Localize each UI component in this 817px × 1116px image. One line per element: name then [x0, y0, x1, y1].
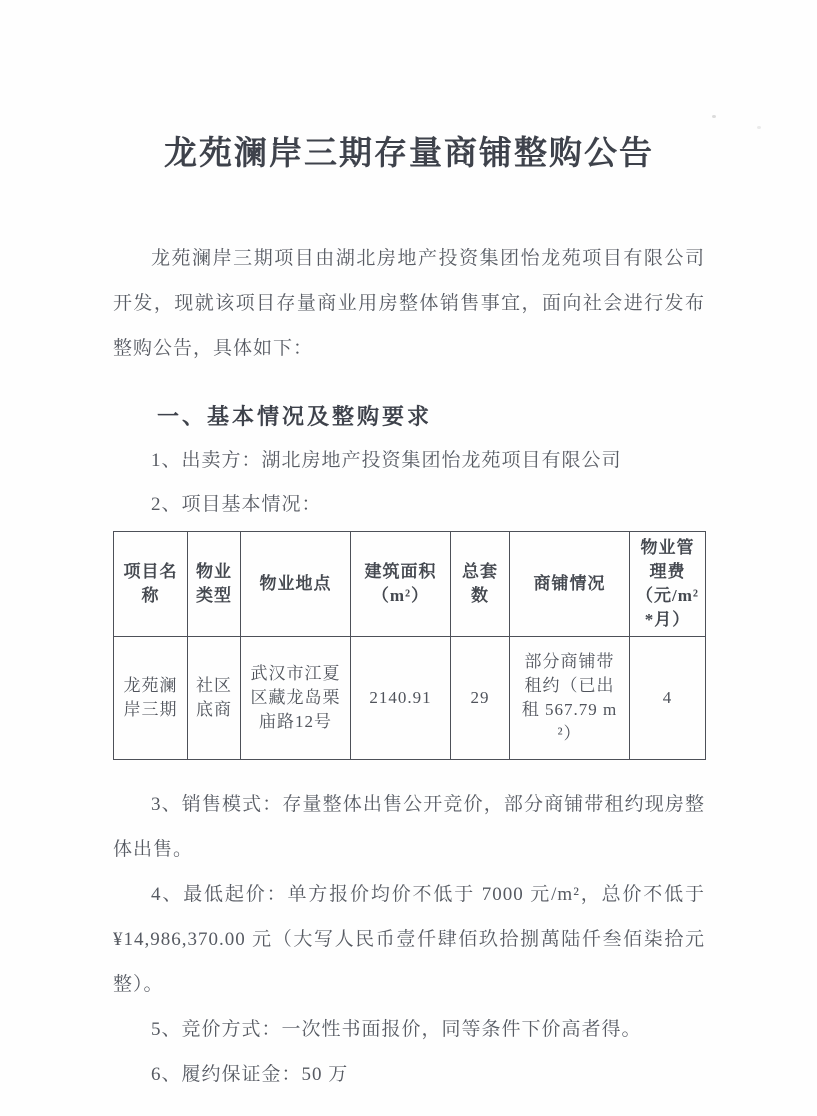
project-info-table: 项目名称 物业类型 物业地点 建筑面积（m²） 总套数 商铺情况 物业管理费（元… [113, 531, 706, 760]
list-item-1: 1、出卖方：湖北房地产投资集团怡龙苑项目有限公司 [113, 439, 705, 483]
intro-paragraph: 龙苑澜岸三期项目由湖北房地产投资集团怡龙苑项目有限公司开发，现就该项目存量商业用… [113, 236, 705, 371]
header-project-name: 项目名称 [114, 532, 188, 637]
list-item-3: 3、销售模式：存量整体出售公开竞价，部分商铺带租约现房整体出售。 [113, 782, 705, 872]
cell-project-name: 龙苑澜岸三期 [114, 637, 188, 760]
header-building-area: 建筑面积（m²） [351, 532, 451, 637]
table-header-row: 项目名称 物业类型 物业地点 建筑面积（m²） 总套数 商铺情况 物业管理费（元… [114, 532, 706, 637]
header-property-type: 物业类型 [188, 532, 241, 637]
cell-property-location: 武汉市江夏区藏龙岛栗庙路12号 [241, 637, 351, 760]
cell-building-area: 2140.91 [351, 637, 451, 760]
table-row: 龙苑澜岸三期 社区底商 武汉市江夏区藏龙岛栗庙路12号 2140.91 29 部… [114, 637, 706, 760]
list-item-6: 6、履约保证金：50 万 [113, 1052, 705, 1097]
cell-shop-status: 部分商铺带租约（已出租 567.79 m²） [510, 637, 630, 760]
header-property-location: 物业地点 [241, 532, 351, 637]
cell-management-fee: 4 [630, 637, 706, 760]
document-page: 龙苑澜岸三期存量商铺整购公告 龙苑澜岸三期项目由湖北房地产投资集团怡龙苑项目有限… [0, 0, 817, 1116]
cell-total-units: 29 [451, 637, 510, 760]
list-item-5: 5、竞价方式：一次性书面报价，同等条件下价高者得。 [113, 1007, 705, 1052]
header-total-units: 总套数 [451, 532, 510, 637]
document-title: 龙苑澜岸三期存量商铺整购公告 [113, 132, 705, 176]
cell-property-type: 社区底商 [188, 637, 241, 760]
scan-artifact [712, 115, 716, 118]
scan-artifact [757, 126, 761, 129]
document-content: 龙苑澜岸三期存量商铺整购公告 龙苑澜岸三期项目由湖北房地产投资集团怡龙苑项目有限… [113, 0, 705, 1097]
list-item-4: 4、最低起价：单方报价均价不低于 7000 元/m²，总价不低于¥14,986,… [113, 872, 705, 1007]
header-shop-status: 商铺情况 [510, 532, 630, 637]
list-item-2: 2、项目基本情况： [113, 483, 705, 527]
section-heading: 一、基本情况及整购要求 [113, 395, 705, 439]
header-management-fee: 物业管理费（元/m²*月） [630, 532, 706, 637]
